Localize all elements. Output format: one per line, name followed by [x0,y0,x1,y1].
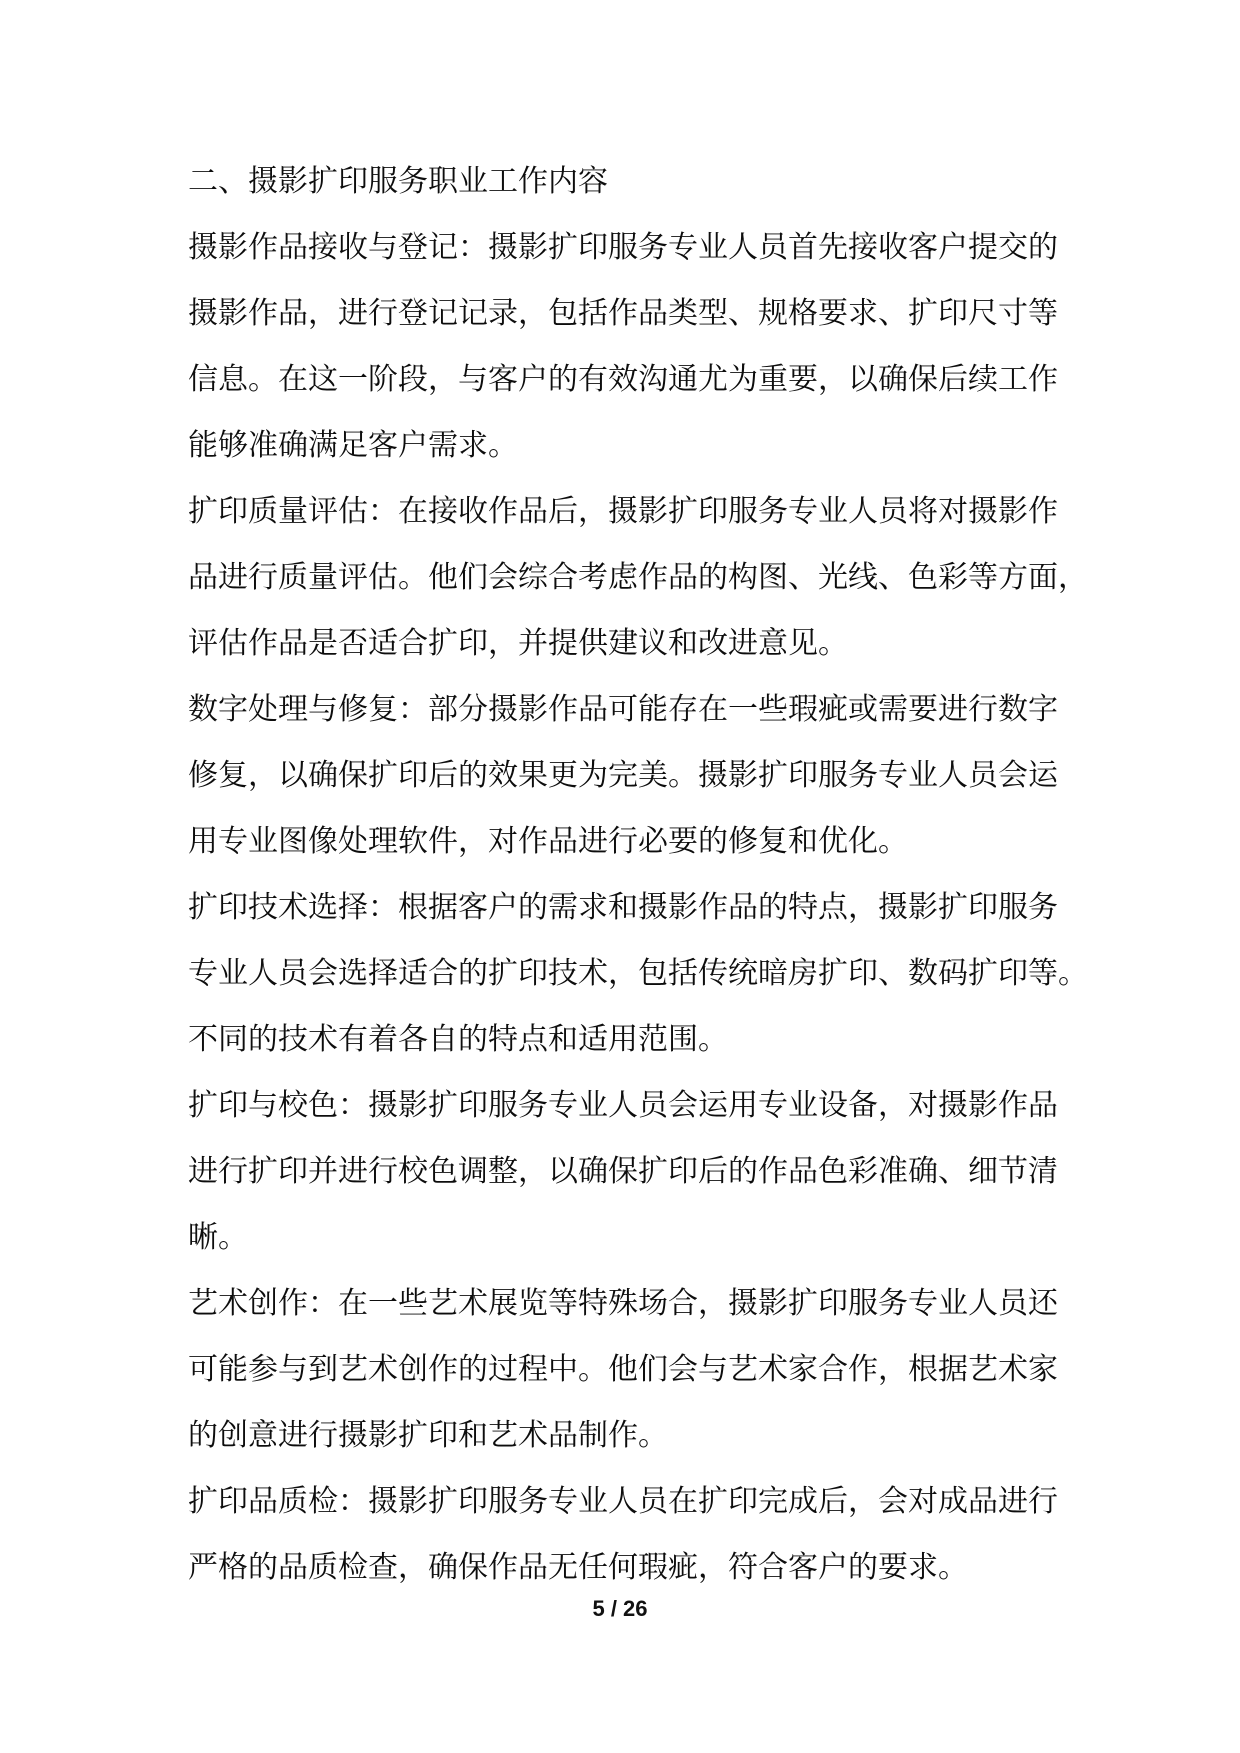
text-line: 的创意进行摄影扩印和艺术品制作。 [188,1403,1052,1469]
text-line: 数字处理与修复：部分摄影作品可能存在一些瑕疵或需要进行数字 [188,677,1052,743]
text-line: 信息。在这一阶段，与客户的有效沟通尤为重要，以确保后续工作 [188,347,1052,413]
document-body: 二、摄影扩印服务职业工作内容 摄影作品接收与登记：摄影扩印服务专业人员首先接收客… [188,149,1052,1601]
text-line: 扩印质量评估：在接收作品后，摄影扩印服务专业人员将对摄影作 [188,479,1052,545]
text-line: 用专业图像处理软件，对作品进行必要的修复和优化。 [188,809,1052,875]
text-line: 摄影作品接收与登记：摄影扩印服务专业人员首先接收客户提交的 [188,215,1052,281]
text-line: 可能参与到艺术创作的过程中。他们会与艺术家合作，根据艺术家 [188,1337,1052,1403]
page-footer: 5 / 26 [0,1596,1240,1622]
text-line: 品进行质量评估。他们会综合考虑作品的构图、光线、色彩等方面， [188,545,1052,611]
text-line: 扩印与校色：摄影扩印服务专业人员会运用专业设备，对摄影作品 [188,1073,1052,1139]
text-line: 严格的品质检查，确保作品无任何瑕疵，符合客户的要求。 [188,1535,1052,1601]
text-line: 专业人员会选择适合的扩印技术，包括传统暗房扩印、数码扩印等。 [188,941,1052,1007]
text-line: 扩印品质检：摄影扩印服务专业人员在扩印完成后，会对成品进行 [188,1469,1052,1535]
text-line: 评估作品是否适合扩印，并提供建议和改进意见。 [188,611,1052,677]
text-line: 扩印技术选择：根据客户的需求和摄影作品的特点，摄影扩印服务 [188,875,1052,941]
text-line: 进行扩印并进行校色调整，以确保扩印后的作品色彩准确、细节清 [188,1139,1052,1205]
text-line: 艺术创作：在一些艺术展览等特殊场合，摄影扩印服务专业人员还 [188,1271,1052,1337]
section-heading: 二、摄影扩印服务职业工作内容 [188,149,1052,215]
text-line: 不同的技术有着各自的特点和适用范围。 [188,1007,1052,1073]
text-line: 摄影作品，进行登记记录，包括作品类型、规格要求、扩印尺寸等 [188,281,1052,347]
text-line: 能够准确满足客户需求。 [188,413,1052,479]
text-line: 晰。 [188,1205,1052,1271]
document-page: 二、摄影扩印服务职业工作内容 摄影作品接收与登记：摄影扩印服务专业人员首先接收客… [0,0,1240,1753]
page-number: 5 / 26 [592,1596,647,1621]
text-line: 修复，以确保扩印后的效果更为完美。摄影扩印服务专业人员会运 [188,743,1052,809]
